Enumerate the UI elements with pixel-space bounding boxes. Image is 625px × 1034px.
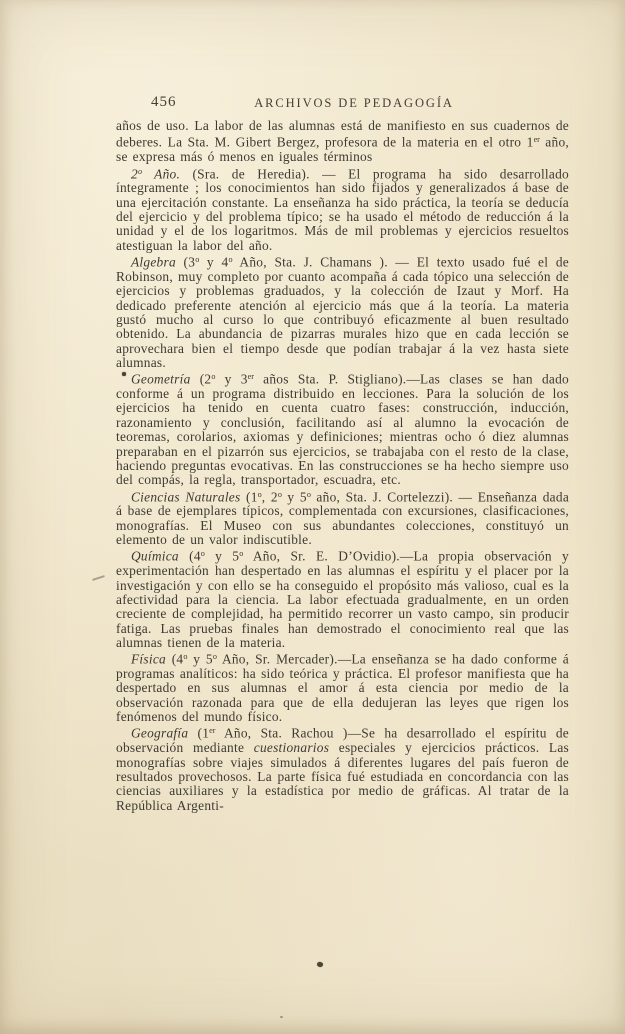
text-segment: , 2 [262,489,278,504]
text-segment: 2 [131,166,138,181]
paragraph: Geografía (1er Año, Sta. Rachou )—Se ha … [116,724,569,813]
text-segment: (Sra. de Heredia). — El programa ha sido… [116,166,569,253]
page-number: 456 [151,94,177,111]
text-segment: y 3 [215,372,247,387]
text-segment: Geometría [131,372,191,387]
text-segment: (2 [191,372,212,387]
text-block: años de uso. La labor de las alumnas est… [116,119,569,813]
text-segment: (3 [176,255,195,270]
text-segment: y 5 [282,489,307,504]
text-segment: Geografía [131,726,188,741]
text-segment: y 5 [205,549,239,564]
paragraph: Química (4o y 5o Año, Sr. E. D’Ovidio).—… [116,547,569,650]
text-segment: (1 [240,489,257,504]
text-segment: Año, Sr. E. D’Ovidio).—La propia observa… [116,549,569,650]
text-segment: Química [131,549,179,564]
paragraph: Ciencias Naturales (1o, 2o y 5o año, Sta… [116,488,569,548]
text-segment: Ciencias Naturales [131,489,240,504]
margin-pencil-dash [92,575,105,581]
text-segment: (4 [166,652,183,667]
text-segment: años de uso. La labor de las alumnas est… [116,118,569,150]
text-segment: Algebra [131,255,176,270]
text-segment: (1 [188,726,209,741]
text-segment: Año, Sta. J. Chamans ). — El texto usado… [116,255,569,370]
journal-header-title: ARCHIVOS DE PEDAGOGÍA [254,96,454,111]
text-segment: cuestionarios [254,740,329,755]
paragraph: Física (4o y 5o Año, Sr. Mercader).—La e… [116,650,569,724]
paragraph: años de uso. La labor de las alumnas est… [116,119,569,165]
text-segment: (4 [179,549,201,564]
text-segment: Física [131,652,166,667]
scan-page: 456 ARCHIVOS DE PEDAGOGÍA años de uso. L… [0,0,625,1034]
text-segment: Año, Sr. Mercader).—La enseñanza se ha d… [116,652,569,724]
paragraph: Geometría (2o y 3er años Sta. P. Stiglia… [116,370,569,487]
text-segment: años Sta. P. Stigliano).—Las clases se h… [116,372,569,487]
margin-asterisk-speck [122,372,126,376]
paragraph: 2o Año. (Sra. de Heredia). — El programa… [116,165,569,254]
paragraph: Algebra (3o y 4o Año, Sta. J. Chamans ).… [116,253,569,370]
small-speck [280,1016,283,1018]
ink-speck [316,961,323,967]
text-segment: Año. [142,166,180,181]
text-segment: y 5 [187,652,212,667]
text-segment: y 4 [199,255,228,270]
